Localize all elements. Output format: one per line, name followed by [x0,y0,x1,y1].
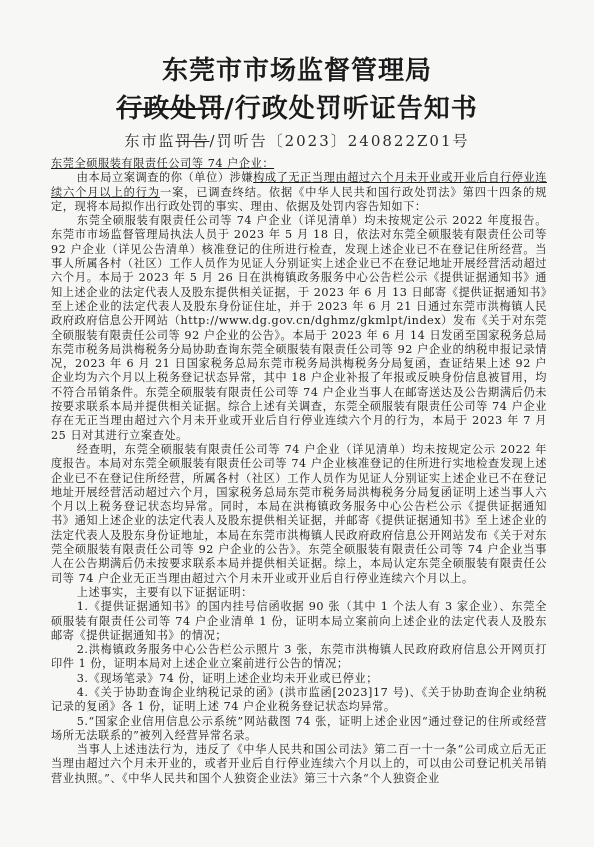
document-title: 行政处罚/行政处罚听证告知书 [0,88,594,125]
evidence-item-4: 4.《关于协助查询企业纳税记录的函》(洪市监函[2023]17 号)、《关于协助… [51,686,547,715]
document-number: 东市监罚告/罚听告〔2023〕240822Z01号 [0,130,594,151]
evidence-item-5: 5.“国家企业信用信息公示系统”网站截图 74 张，证明上述企业因“通过登记的住… [51,715,547,744]
paragraph-facts: 东莞全硕服装有限责任公司等 74 户企业（详见清单）均未按规定公示 2022 年… [51,214,547,443]
intro-text: 由本局立案调查的你（单位）涉嫌 [77,171,253,184]
paragraph-findings: 经查明，东莞全硕服装有限责任公司等 74 户企业（详见清单）均未按规定公示 20… [51,443,547,586]
title-separator: / [224,94,235,124]
agency-title: 东莞市市场监督管理局 [0,50,594,87]
struck-title: 行政处罚 [116,94,224,124]
evidence-item-2: 2.洪梅镇政务服务中心公告栏公示照片 3 张，东莞市洪梅镇人民政府政府信息公开网… [51,643,547,672]
addressee: 东莞全硕服装有限责任公司等 74 户企业： [51,157,547,171]
evidence-item-3: 3.《现场笔录》74 份，证明上述企业均未开业或已停业； [51,672,547,686]
title-main: 行政处罚听证告知书 [235,94,478,124]
paragraph-legal-basis: 当事人上述违法行为，违反了《中华人民共和国公司法》第二百一十一条“公司成立后无正… [51,743,547,786]
doc-no-struck: 罚告 [176,132,210,150]
document-page: 东莞市市场监督管理局 行政处罚/行政处罚听证告知书 东市监罚告/罚听告〔2023… [0,0,594,847]
document-body: 东莞全硕服装有限责任公司等 74 户企业： 由本局立案调查的你（单位）涉嫌构成了… [51,157,547,786]
doc-no-rest: /罚听告〔2023〕240822Z01号 [210,132,470,150]
evidence-item-1: 1.《提供证据通知书》的国内挂号信函收据 90 张（其中 1 个法人有 3 家企… [51,600,547,643]
doc-no-prefix: 东市监 [124,132,175,150]
paragraph-intro: 由本局立案调查的你（单位）涉嫌构成了无正当理由超过六个月未开业或开业后自行停业连… [51,171,547,214]
paragraph-evidence-heading: 上述事实，主要有以下证据证明： [51,586,547,600]
